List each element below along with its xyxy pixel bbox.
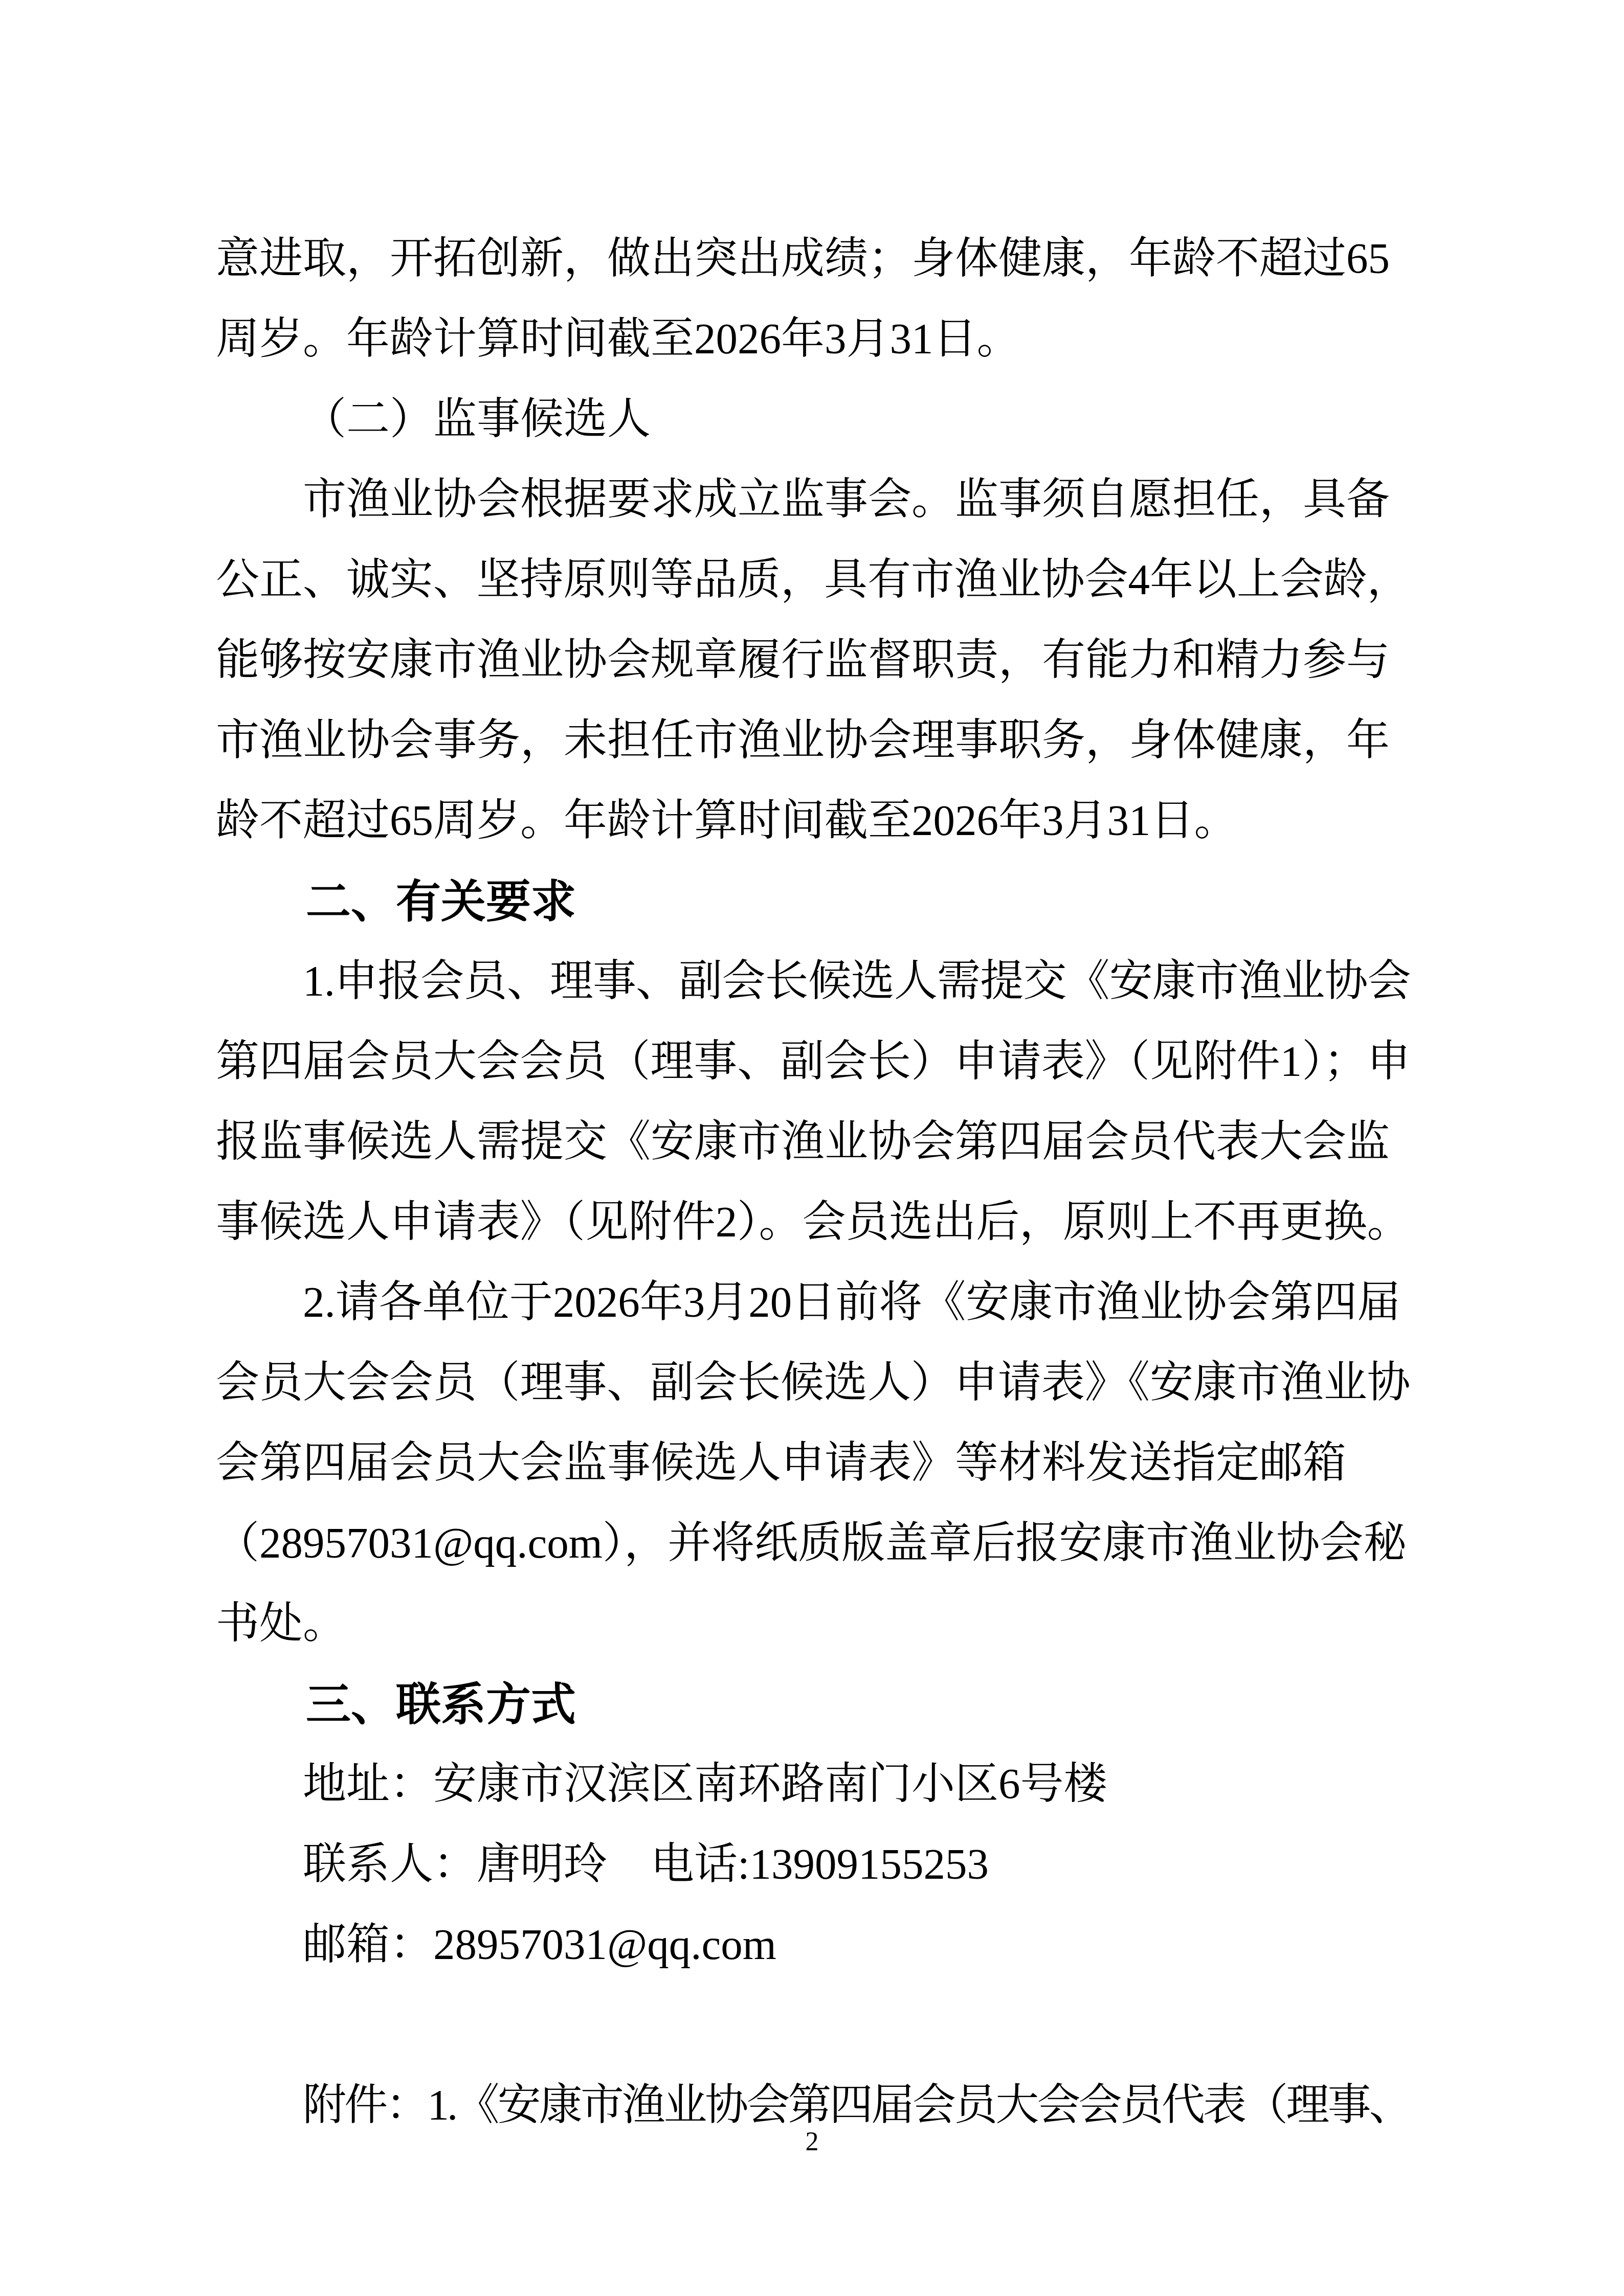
paragraph-line: （28957031@qq.com），并将纸质版盖章后报安康市渔业协会秘 bbox=[216, 1503, 1411, 1584]
paragraph-line: 龄不超过65周岁。年龄计算时间截至2026年3月31日。 bbox=[216, 781, 1411, 861]
paragraph-line: 报监事候选人需提交《安康市渔业协会第四届会员代表大会监 bbox=[216, 1102, 1411, 1182]
paragraph-line: 市渔业协会根据要求成立监事会。监事须自愿担任，具备 bbox=[216, 460, 1411, 540]
paragraph-line: 第四届会员大会会员（理事、副会长）申请表》（见附件1）；申 bbox=[216, 1022, 1411, 1102]
paragraph-line: 周岁。年龄计算时间截至2026年3月31日。 bbox=[216, 299, 1411, 379]
paragraph-line: 1.申报会员、理事、副会长候选人需提交《安康市渔业协会 bbox=[216, 941, 1411, 1022]
subsection-heading-supervisor-candidates: （二）监事候选人 bbox=[216, 379, 1411, 460]
contact-address-line: 地址：安康市汉滨区南环路南门小区6号楼 bbox=[216, 1744, 1411, 1825]
blank-line bbox=[216, 1985, 1411, 2065]
document-body: 意进取，开拓创新，做出突出成绩；身体健康，年龄不超过65 周岁。年龄计算时间截至… bbox=[216, 219, 1411, 2146]
paragraph-line: 书处。 bbox=[216, 1584, 1411, 1664]
paragraph-line: 意进取，开拓创新，做出突出成绩；身体健康，年龄不超过65 bbox=[216, 219, 1411, 299]
contact-email-line: 邮箱：28957031@qq.com bbox=[216, 1905, 1411, 1985]
document-page: 意进取，开拓创新，做出突出成绩；身体健康，年龄不超过65 周岁。年龄计算时间截至… bbox=[0, 0, 1624, 2296]
paragraph-line: 2.请各单位于2026年3月20日前将《安康市渔业协会第四届 bbox=[216, 1263, 1411, 1343]
paragraph-line: 事候选人申请表》（见附件2）。会员选出后，原则上不再更换。 bbox=[216, 1182, 1411, 1263]
paragraph-line: 市渔业协会事务，未担任市渔业协会理事职务，身体健康，年 bbox=[216, 701, 1411, 781]
paragraph-line: 公正、诚实、坚持原则等品质，具有市渔业协会4年以上会龄， bbox=[216, 540, 1411, 620]
paragraph-line: 会第四届会员大会监事候选人申请表》等材料发送指定邮箱 bbox=[216, 1423, 1411, 1503]
page-number: 2 bbox=[0, 2129, 1624, 2155]
paragraph-line: 能够按安康市渔业协会规章履行监督职责，有能力和精力参与 bbox=[216, 620, 1411, 701]
section-heading-contact: 三、联系方式 bbox=[216, 1664, 1411, 1744]
paragraph-line: 会员大会会员（理事、副会长候选人）申请表》《安康市渔业协 bbox=[216, 1343, 1411, 1423]
section-heading-requirements: 二、有关要求 bbox=[216, 861, 1411, 941]
contact-person-phone-line: 联系人：唐明玲 电话:13909155253 bbox=[216, 1825, 1411, 1905]
